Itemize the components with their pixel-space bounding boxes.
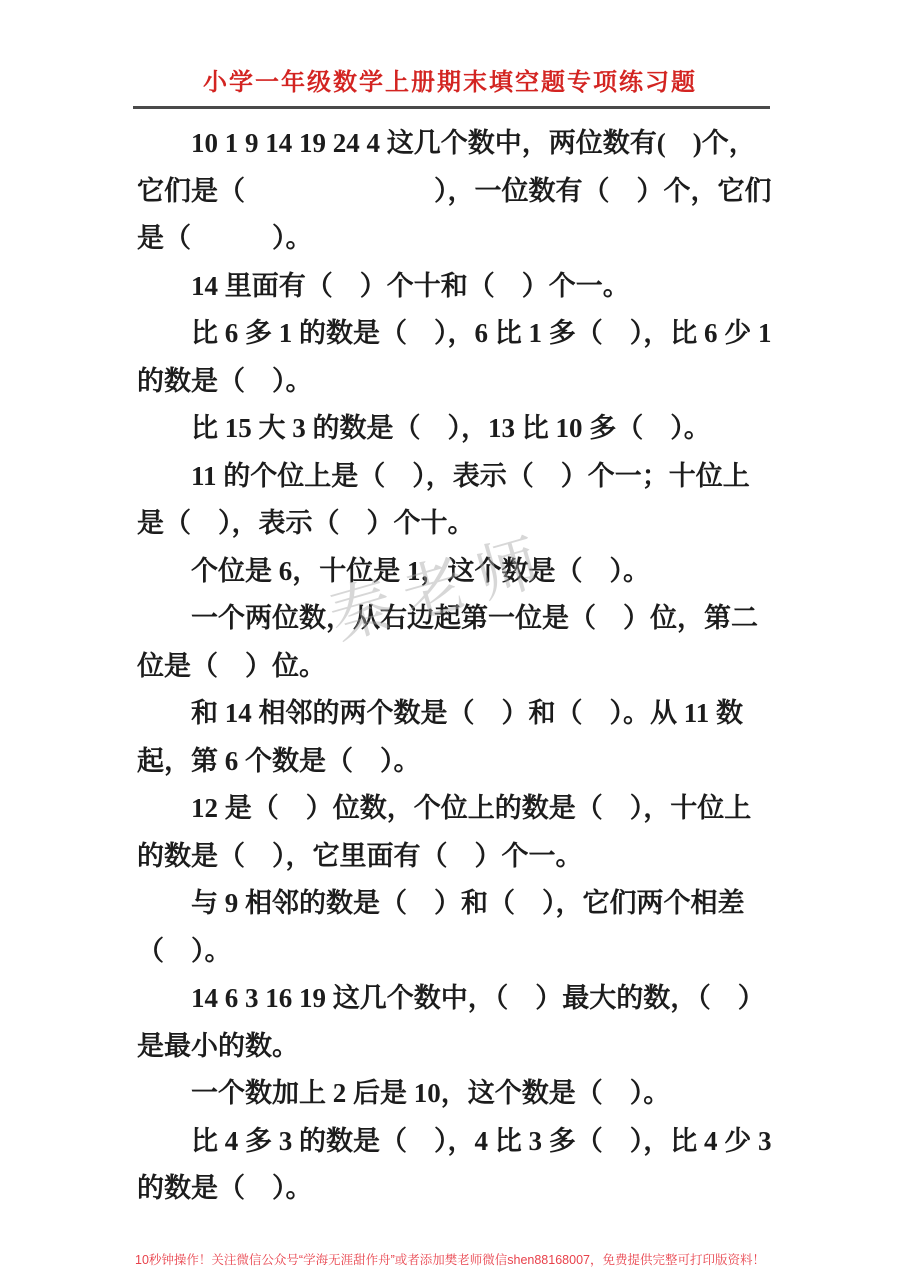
question-paragraph: 比 15 大 3 的数是（ ），13 比 10 多（ ）。 bbox=[137, 405, 775, 453]
question-paragraph: 14 里面有（ ）个十和（ ）个一。 bbox=[137, 263, 775, 311]
question-paragraph: 个位是 6，十位是 1，这个数是（ ）。 bbox=[137, 548, 775, 596]
question-list: 10 1 9 14 19 24 4 这几个数中，两位数有( )个，它们是（ ），… bbox=[137, 120, 775, 1213]
question-paragraph: 比 6 多 1 的数是（ ），6 比 1 多（ ），比 6 少 1 的数是（ ）… bbox=[137, 310, 775, 405]
question-paragraph: 14 6 3 16 19 这几个数中，（ ）最大的数，（ ）是最小的数。 bbox=[137, 975, 775, 1070]
question-paragraph: 一个两位数，从右边起第一位是（ ）位，第二位是（ ）位。 bbox=[137, 595, 775, 690]
footer-promo-text: 10秒钟操作！关注微信公众号“学海无涯甜作舟”或者添加樊老师微信shen8816… bbox=[0, 1250, 900, 1268]
worksheet-page: 小学一年级数学上册期末填空题专项练习题 10 1 9 14 19 24 4 这几… bbox=[0, 0, 900, 1272]
question-paragraph: 一个数加上 2 后是 10，这个数是（ ）。 bbox=[137, 1070, 775, 1118]
question-paragraph: 比 4 多 3 的数是（ ），4 比 3 多（ ），比 4 少 3 的数是（ ）… bbox=[137, 1118, 775, 1213]
question-paragraph: 10 1 9 14 19 24 4 这几个数中，两位数有( )个，它们是（ ），… bbox=[137, 120, 775, 263]
page-title: 小学一年级数学上册期末填空题专项练习题 bbox=[0, 0, 900, 97]
question-paragraph: 12 是（ ）位数，个位上的数是（ ），十位上的数是（ ），它里面有（ ）个一。 bbox=[137, 785, 775, 880]
question-paragraph: 与 9 相邻的数是（ ）和（ ），它们两个相差（ ）。 bbox=[137, 880, 775, 975]
question-paragraph: 11 的个位上是（ ），表示（ ）个一；十位上是（ ），表示（ ）个十。 bbox=[137, 453, 775, 548]
question-paragraph: 和 14 相邻的两个数是（ ）和（ ）。从 11 数起，第 6 个数是（ ）。 bbox=[137, 690, 775, 785]
title-divider bbox=[133, 106, 770, 109]
